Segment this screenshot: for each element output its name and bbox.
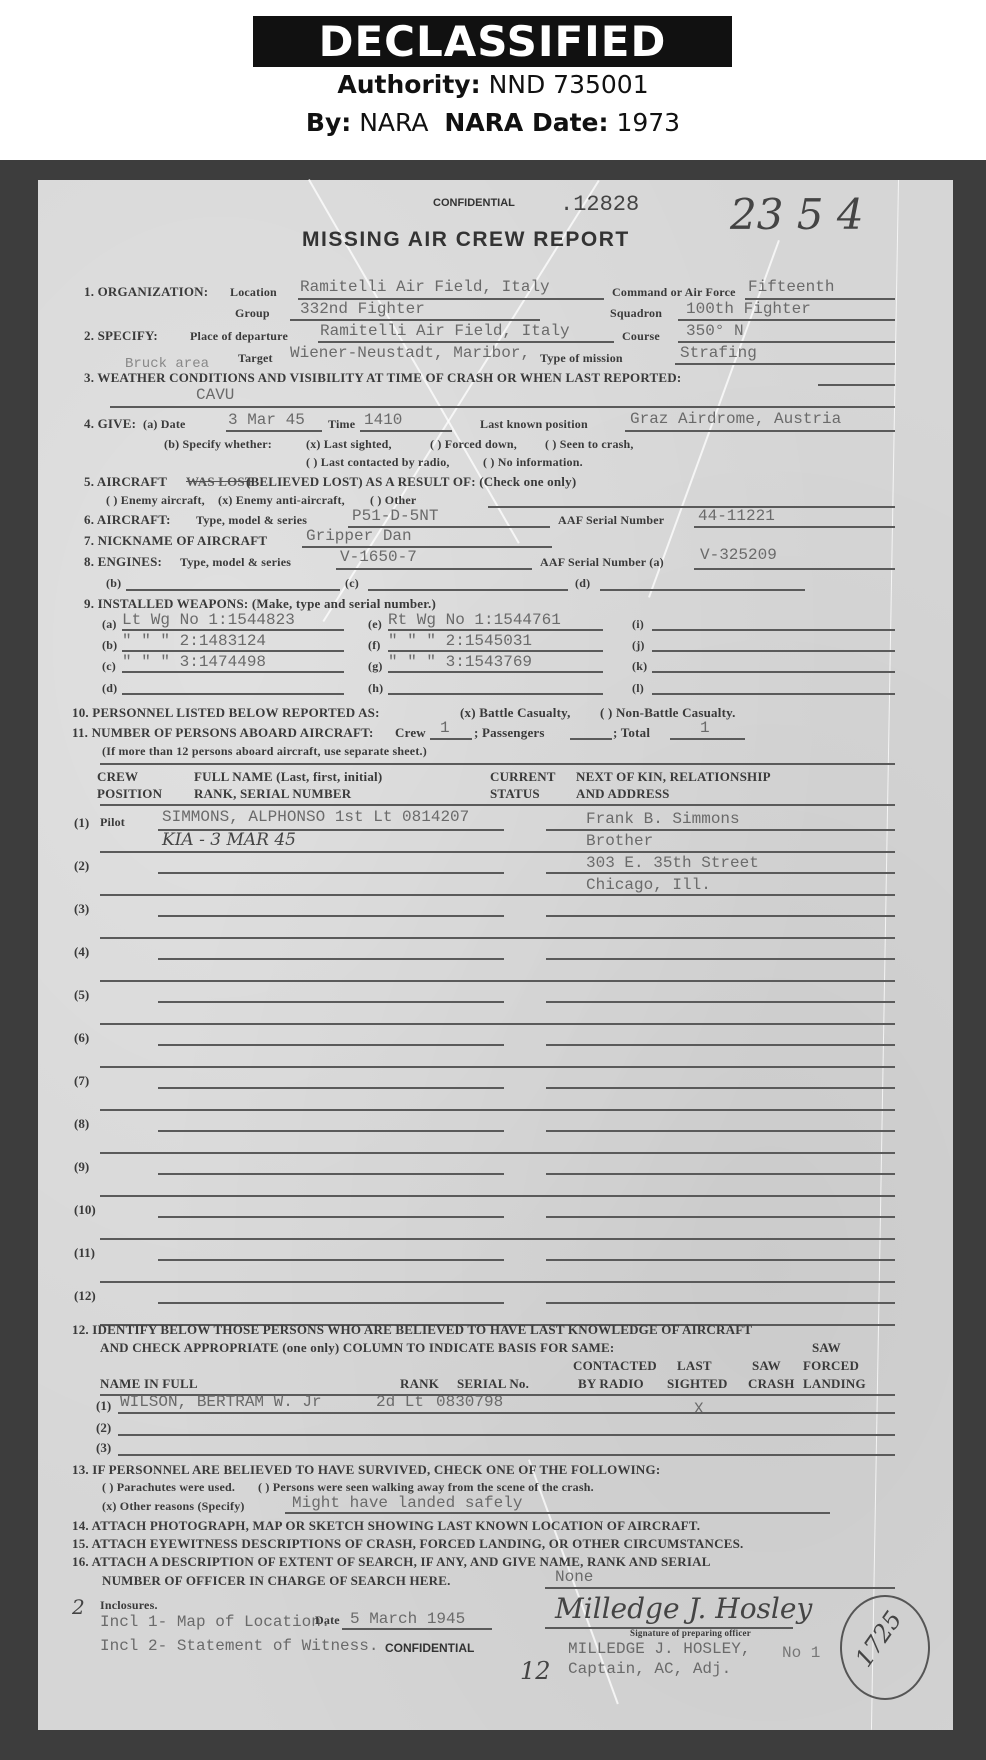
crew-row-number: (9) [74,1159,89,1175]
target-value: Wiener-Neustadt, Maribor, [290,344,530,362]
crew-row-number: (12) [74,1288,96,1304]
aircraft-serial-value: 44-11221 [698,507,775,525]
crew-row-number: (11) [74,1245,95,1261]
section16-label: 16. ATTACH A DESCRIPTION OF EXTENT OF SE… [72,1554,711,1570]
next-of-kin-line: Chicago, Ill. [586,876,711,894]
officer-signature: Milledge J. Hosley [555,1592,812,1625]
witness-rank: 2d Lt [376,1393,424,1411]
crew-row-number: (5) [74,987,89,1003]
date-value: 3 Mar 45 [228,411,305,429]
report-number: .12828 [560,192,639,217]
section4-label: 4. GIVE: [84,416,136,432]
enclosure-1: Incl 1- Map of Location. [100,1613,330,1631]
option-parachutes[interactable]: ( ) Parachutes were used. [102,1480,235,1495]
nara-line: By: NARA NARA Date: 1973 [0,108,986,137]
crew-row-number: (10) [74,1202,96,1218]
other-reasons-value: Might have landed safely [292,1494,522,1512]
weapon-slot-label: (b) [102,638,117,653]
group-value: 332nd Fighter [300,300,425,318]
weapon-serial: " " " 2:1545031 [388,632,532,650]
weapon-slot-label: (h) [368,681,383,696]
weapon-serial: Lt Wg No 1:1544823 [122,611,295,629]
crew-position: Pilot [100,815,125,830]
section9-label: 9. INSTALLED WEAPONS: (Make, type and se… [84,596,436,612]
course-value: 350° N [686,322,744,340]
weather-value: CAVU [196,386,234,404]
crew-count: 1 [440,719,450,737]
crew-status-note: KIA - 3 MAR 45 [162,830,296,850]
crew-row-number: (1) [74,815,89,831]
weapon-serial: Rt Wg No 1:1544761 [388,611,561,629]
weapon-slot-label: (e) [368,617,382,632]
section2-label: 2. SPECIFY: [84,328,158,344]
page-title: MISSING AIR CREW REPORT [302,228,630,252]
crew-row-number: (7) [74,1073,89,1089]
position-value: Graz Airdrome, Austria [630,410,841,428]
option-walking-away[interactable]: ( ) Persons were seen walking away from … [258,1480,594,1495]
option-other-reasons[interactable]: (x) Other reasons (Specify) [102,1499,245,1514]
section15-label: 15. ATTACH EYEWITNESS DESCRIPTIONS OF CR… [72,1536,743,1552]
weapon-slot-label: (i) [632,617,644,632]
section12-label: 12. IDENTIFY BELOW THOSE PERSONS WHO ARE… [72,1322,752,1338]
total-count: 1 [700,719,710,737]
section6-label: 6. AIRCRAFT: [84,512,171,528]
weapon-slot-label: (f) [368,638,381,653]
option-seen-crash[interactable]: ( ) Seen to crash, [545,437,634,452]
crew-name: SIMMONS, ALPHONSO 1st Lt 0814207 [162,808,469,826]
classification-top: CONFIDENTIAL [433,197,515,209]
mission-value: Strafing [680,344,757,362]
squadron-value: 100th Fighter [686,300,811,318]
section11-label: 11. NUMBER OF PERSONS ABOARD AIRCRAFT: [72,725,374,741]
option-anti-aircraft[interactable]: (x) Enemy anti-aircraft, [218,493,345,508]
report-date: 5 March 1945 [350,1610,465,1628]
weapon-serial: " " " 3:1543769 [388,653,532,671]
weapon-slot-label: (g) [368,659,383,674]
classification-bottom: CONFIDENTIAL [385,1641,474,1655]
weapon-slot-label: (j) [632,638,645,653]
section3-label: 3. WEATHER CONDITIONS AND VISIBILITY AT … [84,370,681,386]
officer-title: Captain, AC, Adj. [568,1660,731,1678]
weapon-slot-label: (k) [632,659,647,674]
number-stamp: No 1 [782,1644,820,1662]
handwritten-page-number: 12 [520,1657,551,1685]
section7-label: 7. NICKNAME OF AIRCRAFT [84,533,267,549]
struck-word: WAS LOST [186,474,254,490]
authority-line: Authority: NND 735001 [0,70,986,99]
witness-last-sighted-mark: X [694,1400,704,1418]
next-of-kin-line: 303 E. 35th Street [586,854,759,872]
battle-casualty-option[interactable]: (x) Battle Casualty, [460,705,571,721]
section14-label: 14. ATTACH PHOTOGRAPH, MAP OR SKETCH SHO… [72,1518,700,1534]
next-of-kin-line: Brother [586,832,653,850]
weapon-serial: " " " 3:1474498 [122,653,266,671]
officer-name: MILLEDGE J. HOSLEY, [568,1640,750,1658]
engine-type-value: V-1650-7 [340,548,417,566]
search-officer-value: None [555,1568,593,1586]
option-forced-down[interactable]: ( ) Forced down, [430,437,517,452]
crew-row-number: (4) [74,944,89,960]
enclosure-2: Incl 2- Statement of Witness. [100,1637,378,1655]
option-radio[interactable]: ( ) Last contacted by radio, [306,455,450,470]
weapon-slot-label: (c) [102,659,116,674]
enclosure-count: 2 [72,1595,85,1619]
section8-label: 8. ENGINES: [84,554,162,570]
weapon-slot-label: (a) [102,617,117,632]
section1-label: 1. ORGANIZATION: [84,284,208,300]
handwritten-file-number: 23 5 4 [730,190,864,239]
engine-serial-value: V-325209 [700,546,777,564]
crew-row-number: (2) [74,858,89,874]
departure-value: Ramitelli Air Field, Italy [320,322,570,340]
declassification-stamp: DECLASSIFIED Authority: NND 735001 By: N… [0,0,986,160]
weapon-serial: " " " 2:1483124 [122,632,266,650]
weapon-slot-label: (d) [102,681,117,696]
aircraft-type-value: P51-D-5NT [352,507,438,525]
location-value: Ramitelli Air Field, Italy [300,278,550,296]
option-no-info[interactable]: ( ) No information. [483,455,583,470]
declassified-banner: DECLASSIFIED [253,16,732,67]
next-of-kin-line: Frank B. Simmons [586,810,740,828]
section13-label: 13. IF PERSONNEL ARE BELIEVED TO HAVE SU… [72,1462,660,1478]
crew-row-number: (8) [74,1116,89,1132]
crew-row-number: (6) [74,1030,89,1046]
section5-label: 5. AIRCRAFT [84,474,167,490]
section10-label: 10. PERSONNEL LISTED BELOW REPORTED AS: [72,705,380,721]
option-last-sighted[interactable]: (x) Last sighted, [306,437,392,452]
command-value: Fifteenth [748,278,834,296]
nickname-value: Gripper Dan [306,527,412,545]
weapon-slot-label: (l) [632,681,644,696]
option-enemy-aircraft[interactable]: ( ) Enemy aircraft, [106,493,205,508]
option-other[interactable]: ( ) Other [370,493,416,508]
non-battle-casualty-option[interactable]: ( ) Non-Battle Casualty. [600,705,736,721]
witness-name: WILSON, BERTRAM W. Jr [120,1393,322,1411]
witness-serial: 0830798 [436,1393,503,1411]
crew-row-number: (3) [74,901,89,917]
time-value: 1410 [364,411,402,429]
